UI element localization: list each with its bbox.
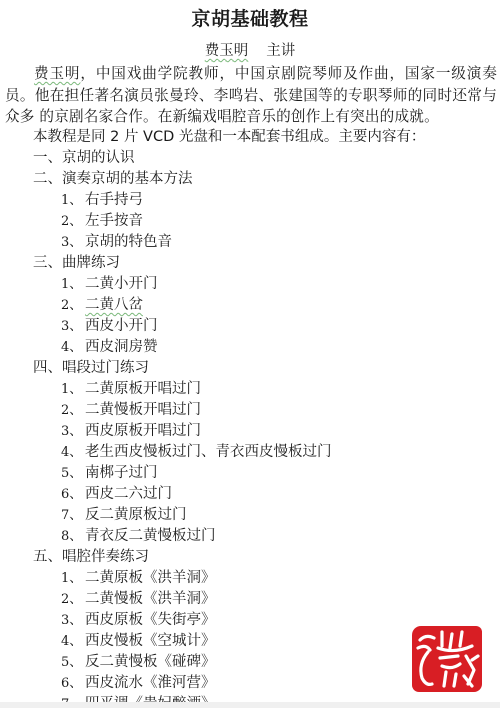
list-item: 1、二黄小开门 <box>0 274 500 295</box>
list-item: 7、反二黄原板过门 <box>0 505 500 526</box>
section-heading: 二、演奏京胡的基本方法 <box>0 169 500 190</box>
list-item: 8、青衣反二黄慢板过门 <box>0 526 500 547</box>
list-item: 4、西皮洞房赞 <box>0 337 500 358</box>
list-item: 1、右手持弓 <box>0 190 500 211</box>
document-subtitle: 费玉明主讲 <box>0 41 500 61</box>
list-item: 3、京胡的特色音 <box>0 232 500 253</box>
list-item: 2、二黄慢板《洪羊洞》 <box>0 589 500 610</box>
section-heading: 五、唱腔伴奏练习 <box>0 547 500 568</box>
list-item: 5、南梆子过门 <box>0 463 500 484</box>
document-title: 京胡基础教程 <box>0 6 500 32</box>
subtitle-author: 费玉明 <box>205 43 249 59</box>
intro-paragraph: 费玉明，中国戏曲学院教师，中国京剧院琴师及作曲，国家一级演奏员。他在担任著名演员… <box>5 63 497 128</box>
list-item: 3、西皮小开门 <box>0 316 500 337</box>
list-item: 4、老生西皮慢板过门、青衣西皮慢板过门 <box>0 442 500 463</box>
intro-author: 费玉明 <box>34 65 80 82</box>
page-bottom-edge <box>0 702 500 708</box>
section-heading: 三、曲牌练习 <box>0 253 500 274</box>
contents-lead: 本教程是同 2 片 VCD 光盘和一本配套书组成。主要内容有： <box>0 127 500 148</box>
list-item: 2、左手按音 <box>0 211 500 232</box>
subtitle-role: 主讲 <box>266 43 295 59</box>
list-item: 1、二黄原板《洪羊洞》 <box>0 568 500 589</box>
list-item: 6、西皮二六过门 <box>0 484 500 505</box>
seal-glyph-icon <box>412 626 482 692</box>
red-seal-stamp-icon <box>412 626 482 692</box>
section-heading: 四、唱段过门练习 <box>0 358 500 379</box>
list-item: 1、二黄原板开唱过门 <box>0 379 500 400</box>
contents-list: 本教程是同 2 片 VCD 光盘和一本配套书组成。主要内容有： 一、京胡的认识 … <box>0 127 500 708</box>
section-heading: 一、京胡的认识 <box>0 148 500 169</box>
document-page: 京胡基础教程 费玉明主讲 费玉明，中国戏曲学院教师，中国京剧院琴师及作曲，国家一… <box>0 0 500 702</box>
list-item: 3、西皮原板开唱过门 <box>0 421 500 442</box>
list-item: 2、二黄八岔 <box>0 295 500 316</box>
list-item: 2、二黄慢板开唱过门 <box>0 400 500 421</box>
